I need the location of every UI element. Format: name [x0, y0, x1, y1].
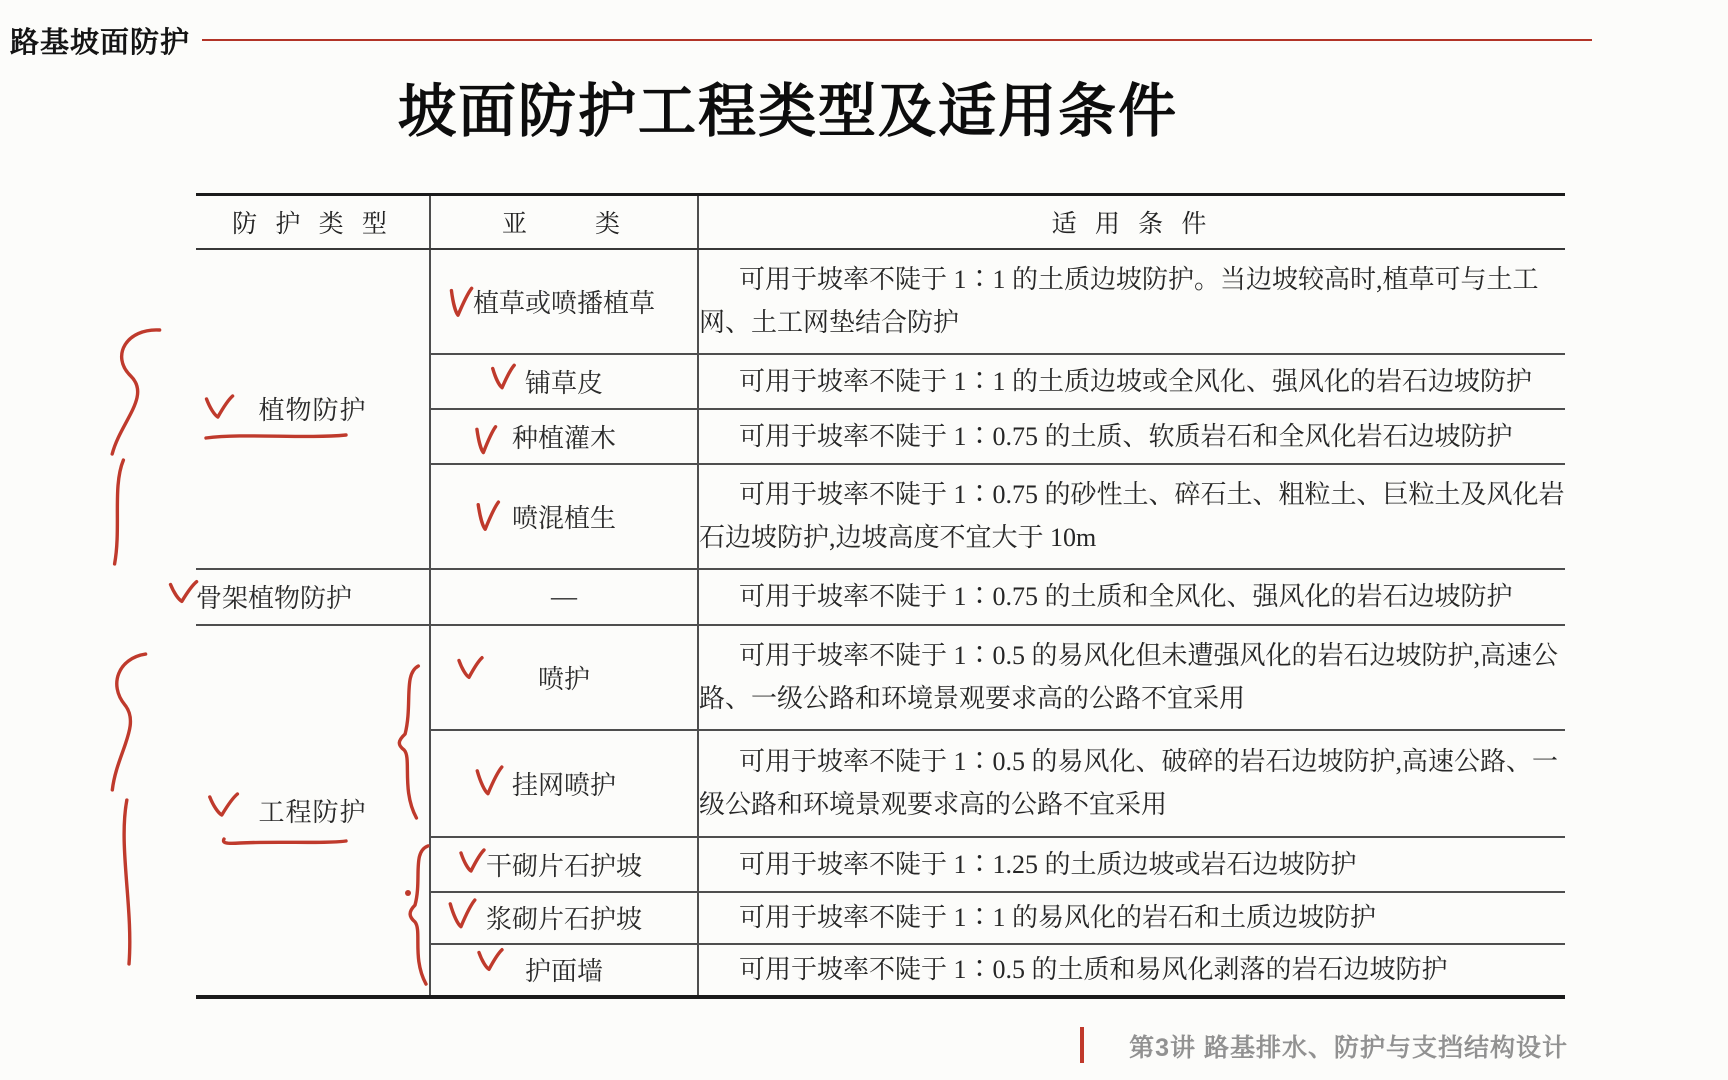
check-icon	[205, 790, 241, 820]
sub-cell-dash: —	[430, 569, 698, 625]
cond-cell: 可用于坡率不陡于 1∶0.5 的易风化但未遭强风化的岩石边坡防护,高速公路、一级…	[698, 625, 1565, 730]
header-rule	[202, 39, 1592, 41]
brace-annotation	[390, 662, 424, 822]
check-icon	[202, 392, 236, 422]
dot-annotation	[403, 888, 413, 898]
check-icon	[457, 846, 487, 876]
col-header-conditions: 适 用 条 件	[698, 195, 1565, 249]
page-eyebrow: 路基坡面防护	[10, 20, 190, 61]
table-row: 植物防护 植草或喷播植草 可用于坡率不陡于 1∶1 的土质边坡防护。当边坡较高时…	[196, 249, 1565, 354]
check-icon	[446, 895, 478, 933]
check-icon	[473, 495, 502, 537]
underline-annotation	[204, 430, 348, 442]
squiggle-annotation	[116, 796, 142, 968]
cond-cell: 可用于坡率不陡于 1∶0.5 的易风化、破碎的岩石边坡防护,高速公路、一级公路和…	[698, 730, 1565, 837]
squiggle-annotation	[104, 648, 156, 796]
check-icon	[445, 281, 474, 323]
cond-cell: 可用于坡率不陡于 1∶1 的土质边坡或全风化、强风化的岩石边坡防护	[698, 354, 1565, 409]
check-icon	[475, 946, 505, 974]
sub-cell-shrub-planting: 种植灌木	[430, 409, 698, 464]
footer-accent-bar	[1080, 1027, 1084, 1063]
footer-lecture-label: 第3讲 路基排水、防护与支挡结构设计	[1108, 1028, 1568, 1064]
col-header-protection-type: 防 护 类 型	[196, 195, 430, 249]
squiggle-annotation	[106, 322, 172, 462]
check-icon	[473, 762, 505, 800]
brace-annotation	[402, 840, 436, 988]
cond-cell: 可用于坡率不陡于 1∶1 的土质边坡防护。当边坡较高时,植草可与土工网、土工网垫…	[698, 249, 1565, 354]
underline-annotation	[220, 834, 350, 848]
cond-cell: 可用于坡率不陡于 1∶0.5 的土质和易风化剥落的岩石边坡防护	[698, 944, 1565, 997]
cond-cell: 可用于坡率不陡于 1∶0.75 的砂性土、碎石土、粗粒土、巨粒土及风化岩石边坡防…	[698, 464, 1565, 569]
sub-cell-spray-mix-planting: 喷混植生	[430, 464, 698, 569]
sub-cell-mesh-shotcrete: 挂网喷护	[430, 730, 698, 837]
type-cell-skeleton-plant-protection: 骨架植物防护	[196, 569, 430, 625]
slide: { "page": { "eyebrow": "路基坡面防护", "title"…	[0, 0, 1728, 1080]
cond-cell: 可用于坡率不陡于 1∶1 的易风化的岩石和土质边坡防护	[698, 892, 1565, 944]
sub-cell-facing-wall: 护面墙	[430, 944, 698, 997]
cond-cell: 可用于坡率不陡于 1∶1.25 的土质边坡或岩石边坡防护	[698, 837, 1565, 892]
sub-cell-sod: 铺草皮	[430, 354, 698, 409]
check-icon	[472, 420, 499, 460]
col-header-subtype: 亚 类	[430, 195, 698, 249]
cond-cell: 可用于坡率不陡于 1∶0.75 的土质和全风化、强风化的岩石边坡防护	[698, 569, 1565, 625]
table-row: 骨架植物防护 — 可用于坡率不陡于 1∶0.75 的土质和全风化、强风化的岩石边…	[196, 569, 1565, 625]
check-icon	[166, 578, 200, 606]
check-icon	[489, 361, 517, 393]
squiggle-annotation	[108, 456, 130, 568]
page-title: 坡面防护工程类型及适用条件	[396, 64, 1180, 148]
cond-cell: 可用于坡率不陡于 1∶0.75 的土质、软质岩石和全风化岩石边坡防护	[698, 409, 1565, 464]
check-icon	[455, 654, 485, 682]
